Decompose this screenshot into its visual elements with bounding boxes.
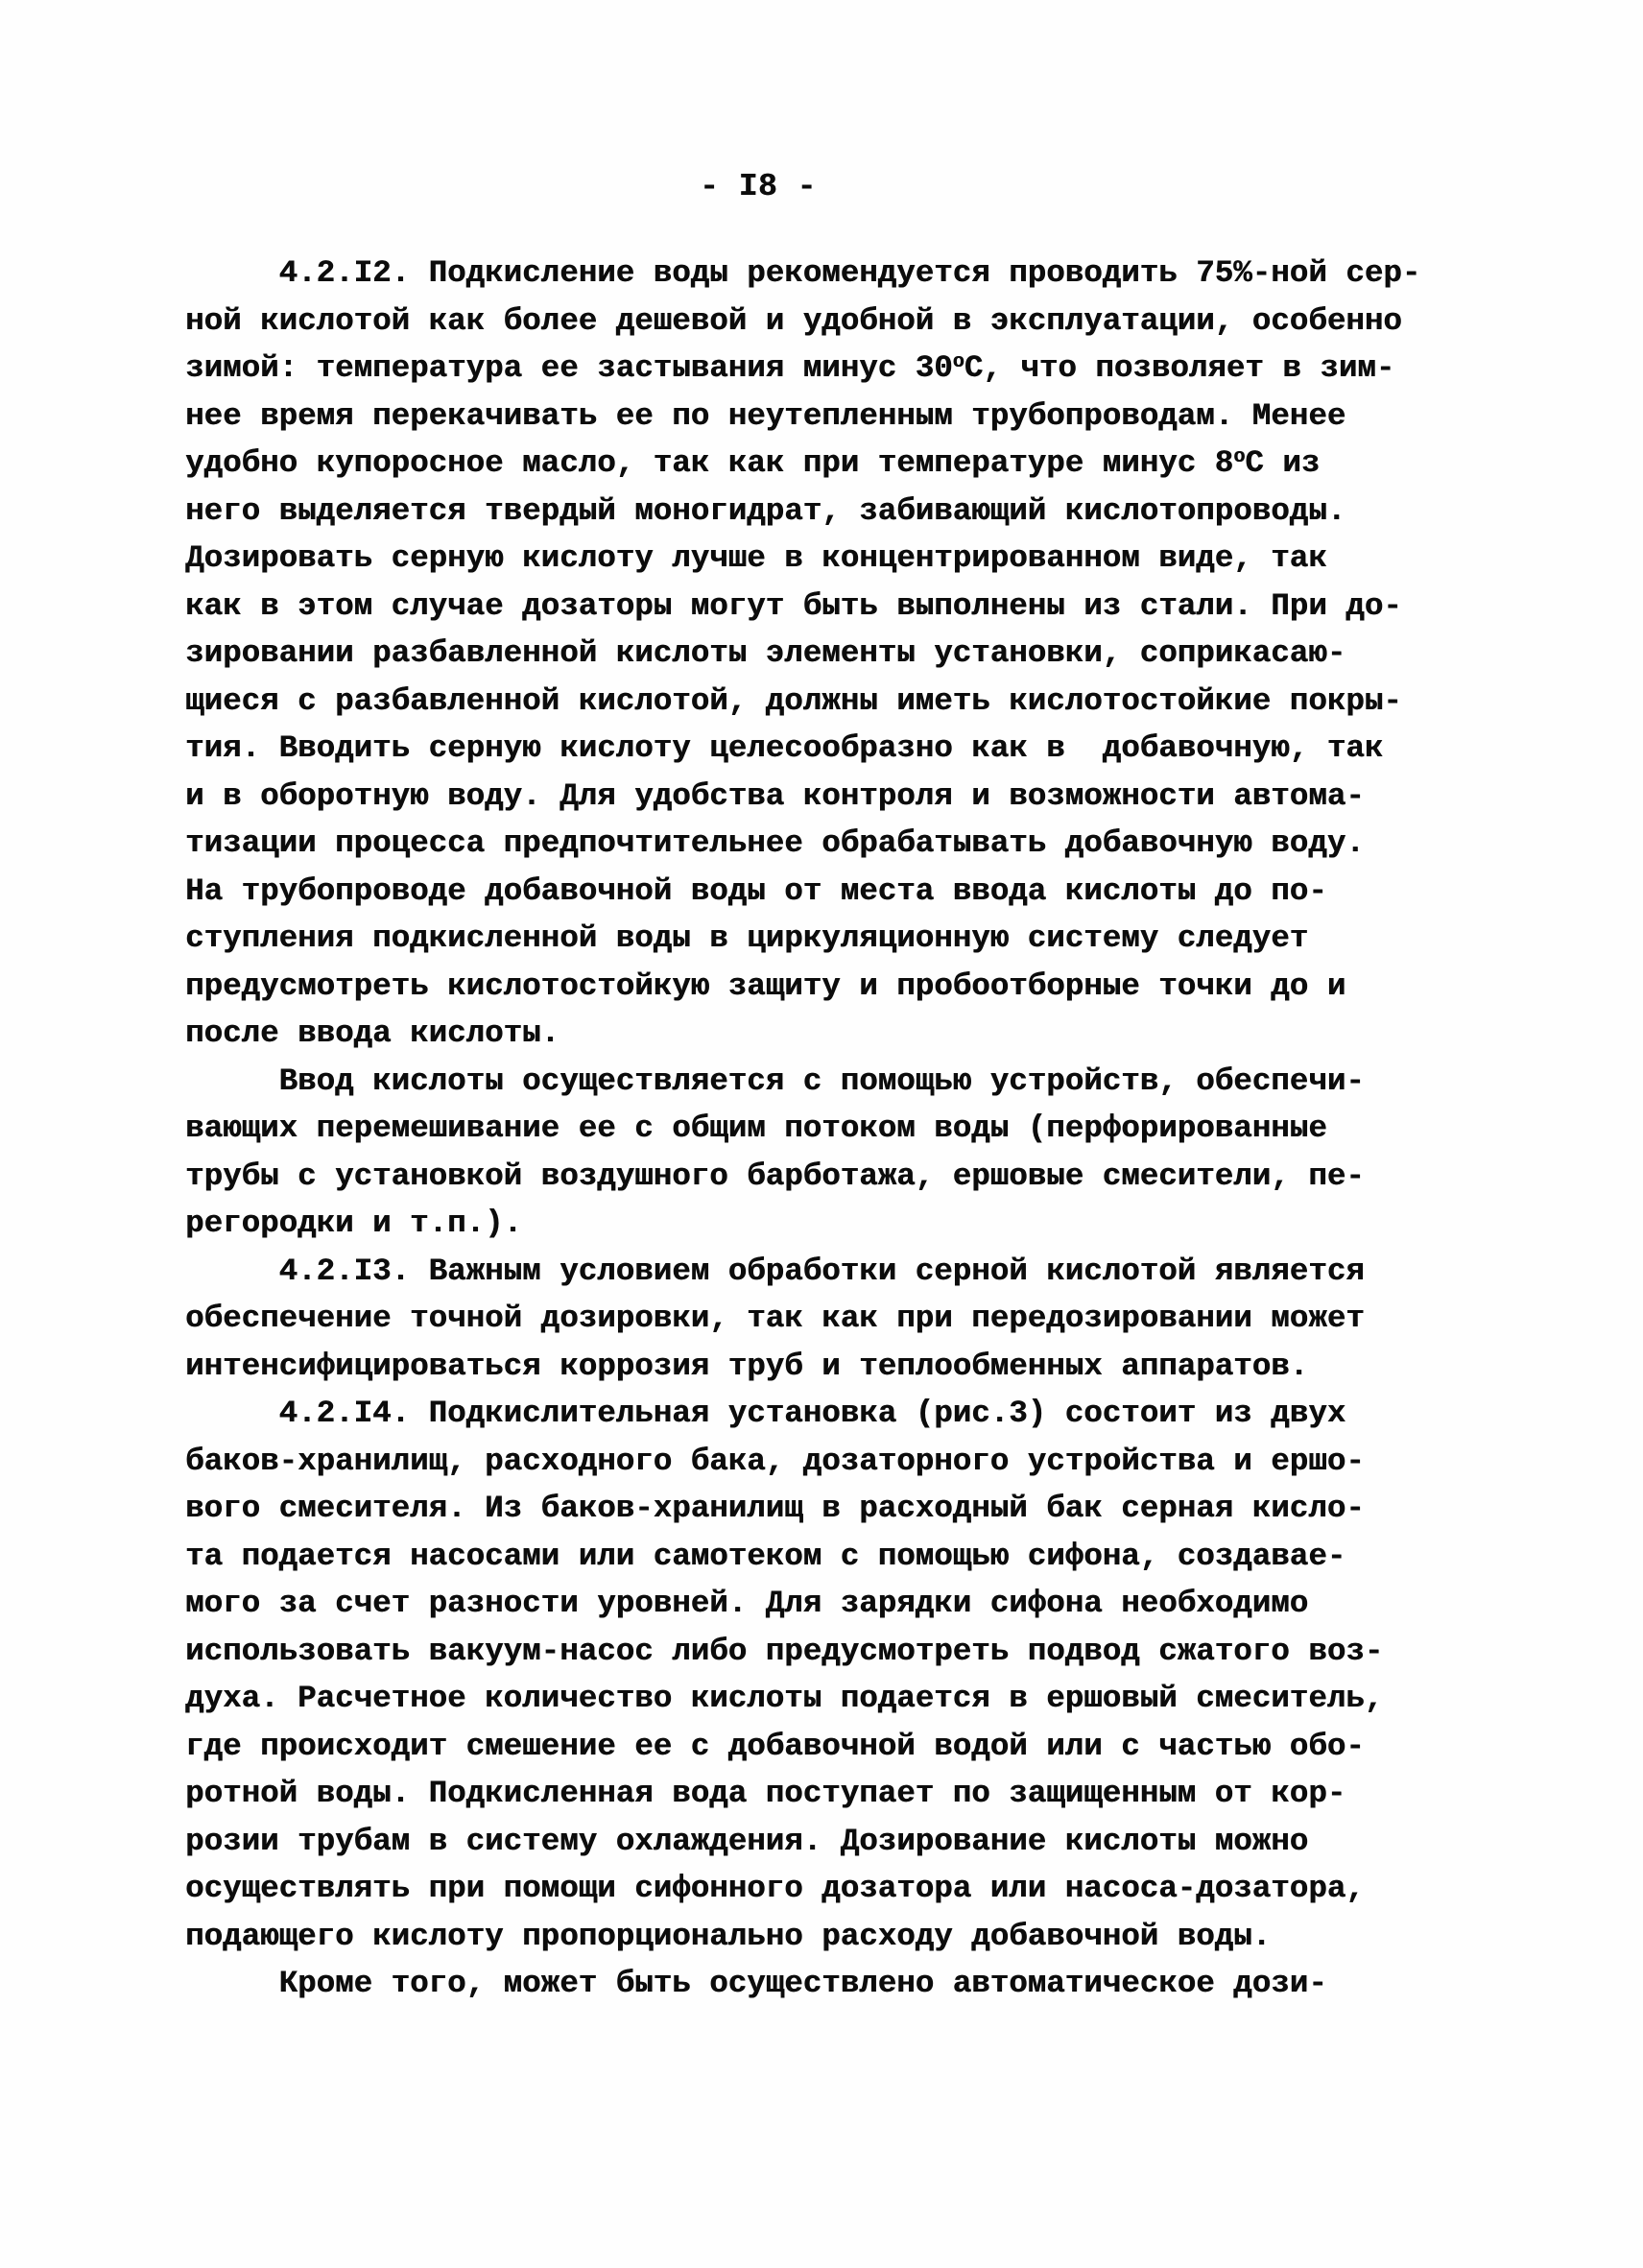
text-line: тия. Вводить серную кислоту целесообразн… [185, 725, 1462, 773]
text-line: трубы с установкой воздушного барботажа,… [185, 1153, 1462, 1201]
text-line: осуществлять при помощи сифонного дозато… [185, 1865, 1462, 1913]
text-line: нее время перекачивать ее по неутепленны… [185, 393, 1462, 441]
text-line: тизации процесса предпочтительнее обраба… [185, 820, 1462, 868]
superscript-degree: о [953, 351, 964, 373]
text-line: использовать вакуум-насос либо предусмот… [185, 1628, 1462, 1676]
text-line: зимой: температура ее застывания минус 3… [185, 345, 1462, 393]
text-line: как в этом случае дозаторы могут быть вы… [185, 583, 1462, 631]
text-line: Дозировать серную кислоту лучше в концен… [185, 535, 1462, 583]
text-line: вого смесителя. Из баков-хранилищ в расх… [185, 1485, 1462, 1533]
text-line: 4.2.I4. Подкислительная установка (рис.3… [185, 1390, 1462, 1438]
document-page: - I8 - 4.2.I2. Подкисление воды рекоменд… [0, 0, 1643, 2268]
text-line: ной кислотой как более дешевой и удобной… [185, 298, 1462, 346]
text-line: подающего кислоту пропорционально расход… [185, 1913, 1462, 1961]
text-line: после ввода кислоты. [185, 1010, 1462, 1058]
text-line: баков-хранилищ, расходного бака, дозатор… [185, 1438, 1462, 1486]
text-line: зировании разбавленной кислоты элементы … [185, 630, 1462, 678]
text-line: Ввод кислоты осуществляется с помощью ус… [185, 1058, 1462, 1106]
text-line: регородки и т.п.). [185, 1200, 1462, 1248]
page-number: - I8 - [700, 169, 817, 204]
text-line: та подается насосами или самотеком с пом… [185, 1533, 1462, 1581]
text-line: где происходит смешение ее с добавочной … [185, 1723, 1462, 1771]
text-line: 4.2.I3. Важным условием обработки серной… [185, 1248, 1462, 1296]
text-line: щиеся с разбавленной кислотой, должны им… [185, 678, 1462, 726]
text-line: ступления подкисленной воды в циркуляцио… [185, 915, 1462, 963]
text-line: интенсифицироваться коррозия труб и тепл… [185, 1343, 1462, 1391]
text-line: и в оборотную воду. Для удобства контрол… [185, 773, 1462, 821]
text-line: духа. Расчетное количество кислоты подае… [185, 1675, 1462, 1723]
text-line: 4.2.I2. Подкисление воды рекомендуется п… [185, 250, 1462, 298]
document-body: 4.2.I2. Подкисление воды рекомендуется п… [185, 250, 1462, 2008]
text-line: На трубопроводе добавочной воды от места… [185, 868, 1462, 916]
text-line: розии трубам в систему охлаждения. Дозир… [185, 1818, 1462, 1866]
text-line: ротной воды. Подкисленная вода поступает… [185, 1770, 1462, 1818]
superscript-degree: о [1233, 446, 1245, 468]
text-line: Кроме того, может быть осуществлено авто… [185, 1960, 1462, 2008]
text-line: предусмотреть кислотостойкую защиту и пр… [185, 963, 1462, 1011]
text-line: вающих перемешивание ее с общим потоком … [185, 1105, 1462, 1153]
text-line: удобно купоросное масло, так как при тем… [185, 440, 1462, 488]
text-line: него выделяется твердый моногидрат, заби… [185, 488, 1462, 536]
text-line: мого за счет разности уровней. Для заряд… [185, 1580, 1462, 1628]
text-line: обеспечение точной дозировки, так как пр… [185, 1295, 1462, 1343]
